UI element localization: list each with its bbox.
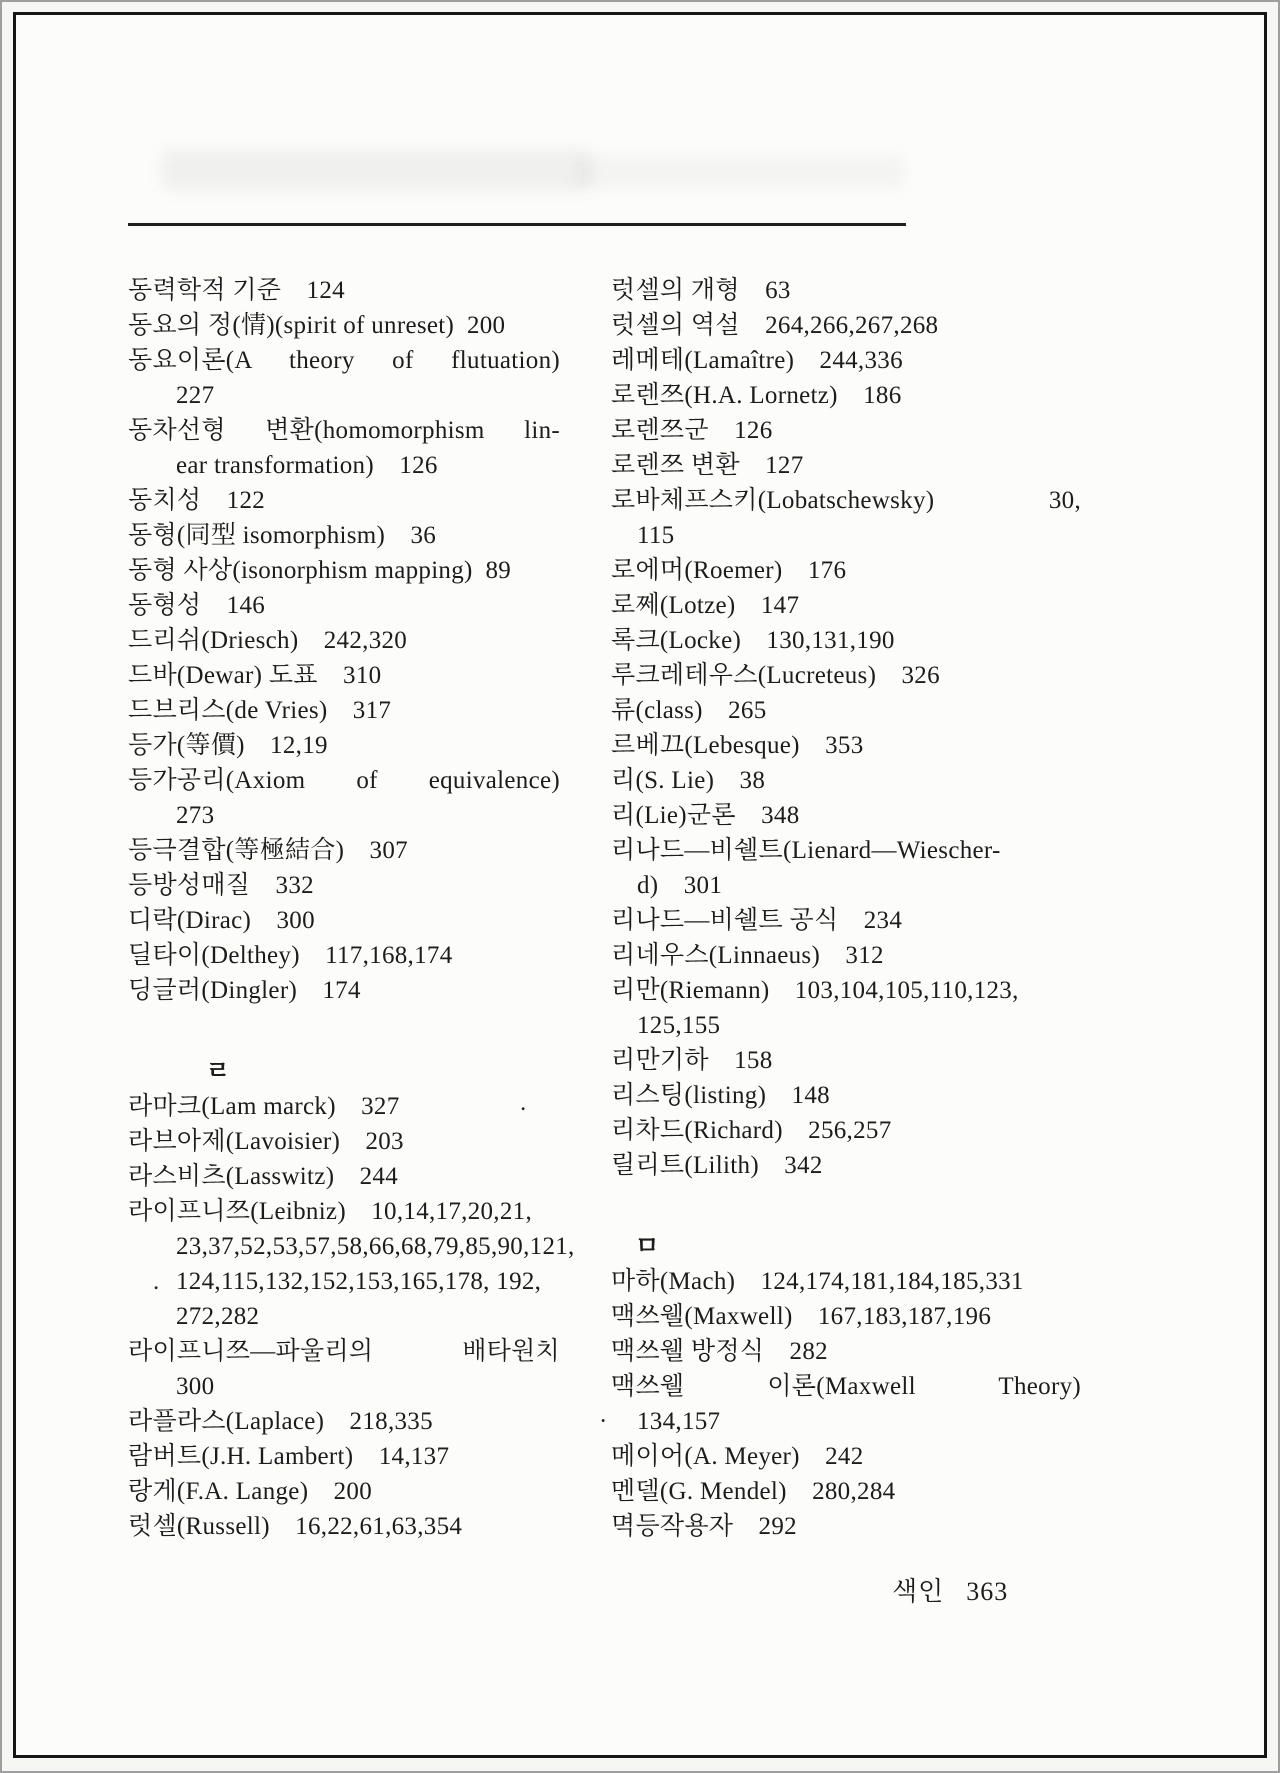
index-entry-line: 맥쓰웰(Maxwell) 167,183,187,196: [611, 1299, 1081, 1334]
entry-text: 록크(Locke) 130,131,190: [611, 627, 895, 654]
scan-artifact-dot: .: [520, 1085, 527, 1120]
index-entry-line: 디락(Dirac) 300: [128, 903, 560, 938]
index-entry-line: 로쩨(Lotze) 147: [611, 588, 1081, 623]
index-entry-line: 동형(同型 isomorphism) 36: [128, 518, 560, 553]
index-entry-line: 메이어(A. Meyer) 242: [611, 1439, 1081, 1474]
index-entry-line: 리나드—비쉘트(Lienard—Wiescher-: [611, 833, 1081, 868]
entry-text: 동요이론(A theory of flutuation): [128, 347, 560, 374]
entry-text: 럿셀의 개형 63: [611, 277, 791, 304]
entry-text: 마하(Mach) 124,174,181,184,185,331: [611, 1268, 1024, 1295]
index-entry-line: 드바(Dewar) 도표 310: [128, 658, 560, 693]
index-entry-line: 로에머(Roemer) 176: [611, 553, 1081, 588]
entry-text: 라브아제(Lavoisier) 203: [128, 1128, 404, 1155]
index-entry-line: 리차드(Richard) 256,257: [611, 1113, 1081, 1148]
entry-text: 272,282: [176, 1303, 259, 1330]
entry-text: 리나드—비쉘트 공식 234: [611, 907, 902, 934]
index-entry-line: 115: [611, 518, 1081, 553]
entry-text: 동치성 122: [128, 487, 265, 514]
section-header-label: ㄹ: [206, 1058, 230, 1085]
entry-text: 멱등작용자 292: [611, 1513, 797, 1540]
index-entry-line: 맥쓰웰 이론(Maxwell Theory): [611, 1369, 1081, 1404]
index-entry-line: 동요의 정(情)(spirit of unreset) 200: [128, 308, 560, 343]
index-entry-line: 273: [128, 798, 560, 833]
index-entry-line: 라스비츠(Lasswitz) 244: [128, 1159, 560, 1194]
index-entry-line: 로렌쯔군 126: [611, 413, 1081, 448]
section-header: ㅁ: [611, 1229, 1081, 1264]
entry-text: 리네우스(Linnaeus) 312: [611, 942, 884, 969]
index-entry-line: .124,115,132,152,153,165,178, 192,: [128, 1264, 560, 1299]
index-entry-line: 등방성매질 332: [128, 868, 560, 903]
entry-text: 딩글러(Dingler) 174: [128, 977, 361, 1004]
entry-text: 맥쓰웰 이론(Maxwell Theory): [611, 1373, 1081, 1400]
entry-text: 로렌쯔(H.A. Lornetz) 186: [611, 382, 902, 409]
entry-text: 라이프니쯔(Leibniz) 10,14,17,20,21,: [128, 1198, 532, 1225]
entry-text: 메이어(A. Meyer) 242: [611, 1443, 864, 1470]
index-entry-line: 리만기하 158: [611, 1043, 1081, 1078]
index-entry-line: 럿셀(Russell) 16,22,61,63,354: [128, 1509, 560, 1544]
entry-text: 125,155: [637, 1012, 720, 1039]
index-entry-line: 23,37,52,53,57,58,66,68,79,85,90,121,: [128, 1229, 560, 1264]
entry-text: 리차드(Richard) 256,257: [611, 1117, 892, 1144]
index-entry-line: 리나드—비쉘트 공식 234: [611, 903, 1081, 938]
index-entry-line: 드리쉬(Driesch) 242,320: [128, 623, 560, 658]
index-entry-line: 로바체프스키(Lobatschewsky) 30,: [611, 483, 1081, 518]
scan-artifact-dot: .: [153, 1264, 160, 1299]
entry-text: 라플라스(Laplace) 218,335: [128, 1408, 433, 1435]
index-entry-line: 랑게(F.A. Lange) 200: [128, 1474, 560, 1509]
index-entry-line: 동요이론(A theory of flutuation): [128, 343, 560, 378]
index-entry-line: 동형성 146: [128, 588, 560, 623]
entry-text: 류(class) 265: [611, 697, 767, 724]
entry-text: 리나드—비쉘트(Lienard—Wiescher-: [611, 837, 1001, 864]
entry-text: 디락(Dirac) 300: [128, 907, 315, 934]
entry-text: 등가공리(Axiom of equivalence): [128, 767, 560, 794]
entry-text: 리스팅(listing) 148: [611, 1082, 830, 1109]
entry-text: 드브리스(de Vries) 317: [128, 697, 391, 724]
index-entry-line: 등극결합(等極結合) 307: [128, 833, 560, 868]
index-column-left: 동력학적 기준 124동요의 정(情)(spirit of unreset) 2…: [128, 273, 560, 1544]
entry-text: 멘델(G. Mendel) 280,284: [611, 1478, 895, 1505]
faded-print-artifact: [576, 155, 906, 189]
index-entry-line: 라이프니쯔(Leibniz) 10,14,17,20,21,: [128, 1194, 560, 1229]
index-entry-line: 라마크(Lam marck) 327.: [128, 1089, 560, 1124]
entry-text: 라스비츠(Lasswitz) 244: [128, 1163, 398, 1190]
entry-text: 등극결합(等極結合) 307: [128, 837, 408, 864]
index-entry-line: 록크(Locke) 130,131,190: [611, 623, 1081, 658]
entry-text: 리(Lie)군론 348: [611, 802, 800, 829]
entry-text: 23,37,52,53,57,58,66,68,79,85,90,121,: [176, 1233, 575, 1260]
index-entry-line: 로렌쯔 변환 127: [611, 448, 1081, 483]
entry-text: 로렌쯔군 126: [611, 417, 773, 444]
entry-text: 로쩨(Lotze) 147: [611, 592, 799, 619]
index-entry-line: 마하(Mach) 124,174,181,184,185,331: [611, 1264, 1081, 1299]
index-entry-line: 동력학적 기준 124: [128, 273, 560, 308]
entry-text: 로바체프스키(Lobatschewsky) 30,: [611, 487, 1081, 514]
entry-text: 동형 사상(isonorphism mapping) 89: [128, 557, 511, 584]
entry-text: 딜타이(Delthey) 117,168,174: [128, 942, 453, 969]
index-entry-line: 등가(等價) 12,19: [128, 728, 560, 763]
index-entry-line: 릴리트(Lilith) 342: [611, 1148, 1081, 1183]
entry-text: 동형(同型 isomorphism) 36: [128, 522, 436, 549]
index-entry-line: 등가공리(Axiom of equivalence): [128, 763, 560, 798]
index-column-right: 럿셀의 개형 63럿셀의 역설 264,266,267,268레메테(Lamaî…: [611, 273, 1081, 1544]
index-entry-line: ear transformation) 126: [128, 448, 560, 483]
header-rule: [128, 223, 906, 226]
index-entry-line: 럿셀의 개형 63: [611, 273, 1081, 308]
index-entry-line: 레메테(Lamaître) 244,336: [611, 343, 1081, 378]
entry-text: d) 301: [637, 872, 722, 899]
footer-label: 색인: [892, 1577, 944, 1606]
entry-text: ear transformation) 126: [176, 452, 438, 479]
entry-text: 300: [176, 1373, 214, 1400]
scan-artifact-dot: ·: [599, 1404, 608, 1439]
index-entry-line: 르베끄(Lebesque) 353: [611, 728, 1081, 763]
index-entry-line: 동치성 122: [128, 483, 560, 518]
entry-text: 로렌쯔 변환 127: [611, 452, 804, 479]
entry-text: 273: [176, 802, 214, 829]
index-entry-line: 125,155: [611, 1008, 1081, 1043]
entry-text: 동요의 정(情)(spirit of unreset) 200: [128, 312, 505, 339]
index-entry-line: 류(class) 265: [611, 693, 1081, 728]
entry-text: 동형성 146: [128, 592, 265, 619]
index-entry-line: 멘델(G. Mendel) 280,284: [611, 1474, 1081, 1509]
index-entry-line: ·134,157: [611, 1404, 1081, 1439]
index-entry-line: 럿셀의 역설 264,266,267,268: [611, 308, 1081, 343]
index-entry-line: 라플라스(Laplace) 218,335: [128, 1404, 560, 1439]
entry-text: 레메테(Lamaître) 244,336: [611, 347, 903, 374]
entry-text: 동차선형 변환(homomorphism lin-: [128, 417, 560, 444]
entry-text: 동력학적 기준 124: [128, 277, 345, 304]
page-footer: 색인363: [892, 1571, 1008, 1608]
section-header-label: ㅁ: [635, 1233, 659, 1260]
entry-text: 랑게(F.A. Lange) 200: [128, 1478, 372, 1505]
index-entry-line: 람버트(J.H. Lambert) 14,137: [128, 1439, 560, 1474]
index-entry-line: 라브아제(Lavoisier) 203: [128, 1124, 560, 1159]
entry-text: 맥쓰웰(Maxwell) 167,183,187,196: [611, 1303, 991, 1330]
index-entry-line: 로렌쯔(H.A. Lornetz) 186: [611, 378, 1081, 413]
index-entry-line: 맥쓰웰 방정식 282: [611, 1334, 1081, 1369]
index-entry-line: 리(Lie)군론 348: [611, 798, 1081, 833]
index-entry-line: 멱등작용자 292: [611, 1509, 1081, 1544]
entry-text: 루크레테우스(Lucreteus) 326: [611, 662, 940, 689]
entry-text: 134,157: [637, 1408, 720, 1435]
index-entry-line: 227: [128, 378, 560, 413]
index-entry-line: 동형 사상(isonorphism mapping) 89: [128, 553, 560, 588]
entry-text: 럿셀의 역설 264,266,267,268: [611, 312, 938, 339]
footer-page-number: 363: [966, 1577, 1008, 1606]
index-entry-line: 라이프니쯔—파울리의 배타원치: [128, 1334, 560, 1369]
entry-text: 리(S. Lie) 38: [611, 767, 765, 794]
index-entry-line: 동차선형 변환(homomorphism lin-: [128, 413, 560, 448]
index-entry-line: 딩글러(Dingler) 174: [128, 973, 560, 1008]
entry-text: 등가(等價) 12,19: [128, 732, 328, 759]
entry-text: 람버트(J.H. Lambert) 14,137: [128, 1443, 449, 1470]
entry-text: 르베끄(Lebesque) 353: [611, 732, 864, 759]
entry-text: 124,115,132,152,153,165,178, 192,: [176, 1268, 541, 1295]
index-entry-line: 리스팅(listing) 148: [611, 1078, 1081, 1113]
index-entry-line: 리만(Riemann) 103,104,105,110,123,: [611, 973, 1081, 1008]
entry-text: 리만(Riemann) 103,104,105,110,123,: [611, 977, 1019, 1004]
index-entry-line: 리(S. Lie) 38: [611, 763, 1081, 798]
index-entry-line: 루크레테우스(Lucreteus) 326: [611, 658, 1081, 693]
index-entry-line: 딜타이(Delthey) 117,168,174: [128, 938, 560, 973]
entry-text: 리만기하 158: [611, 1047, 773, 1074]
entry-text: 115: [637, 522, 674, 549]
entry-text: 로에머(Roemer) 176: [611, 557, 846, 584]
entry-text: 라이프니쯔—파울리의 배타원치: [128, 1338, 560, 1365]
section-header: ㄹ: [128, 1054, 560, 1089]
index-entry-line: 300: [128, 1369, 560, 1404]
entry-text: 드리쉬(Driesch) 242,320: [128, 627, 407, 654]
index-entry-line: 드브리스(de Vries) 317: [128, 693, 560, 728]
entry-text: 맥쓰웰 방정식 282: [611, 1338, 828, 1365]
faded-print-artifact: [161, 149, 591, 191]
entry-text: 등방성매질 332: [128, 872, 314, 899]
entry-text: 드바(Dewar) 도표 310: [128, 662, 381, 689]
index-entry-line: d) 301: [611, 868, 1081, 903]
entry-text: 라마크(Lam marck) 327: [128, 1093, 400, 1120]
index-entry-line: 272,282: [128, 1299, 560, 1334]
entry-text: 227: [176, 382, 214, 409]
entry-text: 럿셀(Russell) 16,22,61,63,354: [128, 1513, 462, 1540]
entry-text: 릴리트(Lilith) 342: [611, 1152, 823, 1179]
scanned-page: 동력학적 기준 124동요의 정(情)(spirit of unreset) 2…: [13, 12, 1267, 1758]
index-entry-line: 리네우스(Linnaeus) 312: [611, 938, 1081, 973]
